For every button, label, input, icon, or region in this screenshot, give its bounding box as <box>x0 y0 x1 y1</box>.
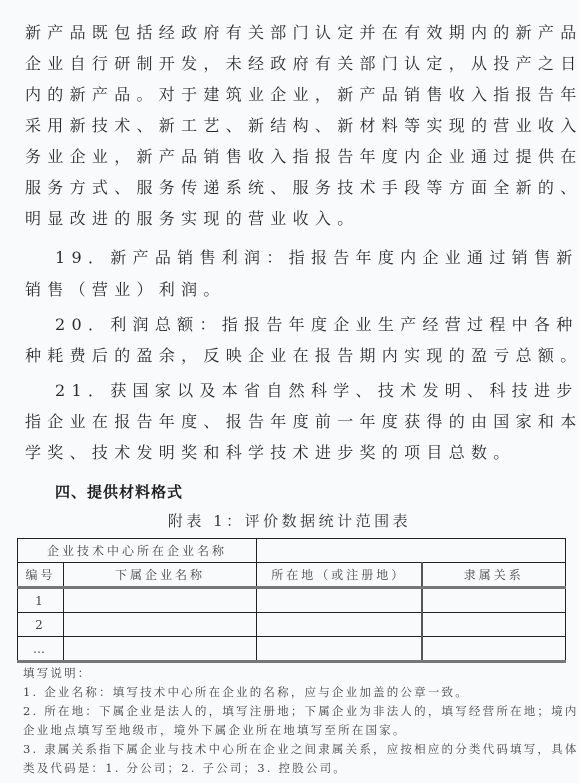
body-text-line: 学奖、技术发明奖和科学技术进步奖的项目总数。 <box>25 443 516 463</box>
body-text-line: 内的新产品。对于建筑业企业，新产品销售收入指报告年度内企业 <box>25 85 579 105</box>
item-20-title-line: 20．利润总额：指报告年度企业生产经营过程中各种收入扣除各 <box>55 315 579 335</box>
body-text-line: 服务方式、服务传递系统、服务技术手段等方面全新的、或者作出 <box>25 178 579 198</box>
cell-affiliation[interactable] <box>422 613 566 637</box>
cell-affiliation[interactable] <box>422 588 566 613</box>
cell-location[interactable] <box>257 588 422 613</box>
section-heading: 四、提供材料格式 <box>55 481 183 502</box>
note-line: 类及代码是：1. 分公司；2. 子公司；3. 控股公司。 <box>23 759 347 778</box>
statistics-scope-table: 企业技术中心所在企业名称 编号 下属企业名称 所在地（或注册地） 隶属关系 1 … <box>17 538 566 663</box>
note-line: 2. 所在地：下属企业是法人的，填写注册地；下属企业为非法人的，填写经营所在地；… <box>23 702 579 721</box>
cell-number: 1 <box>18 588 64 613</box>
table-header-row: 编号 下属企业名称 所在地（或注册地） 隶属关系 <box>18 563 566 588</box>
body-text-line: 新产品既包括经政府有关部门认定并在有效期内的新产品，也包括 <box>25 23 579 43</box>
table-row: … <box>18 637 566 662</box>
column-header-number: 编号 <box>18 563 64 588</box>
cell-affiliation[interactable] <box>422 637 566 662</box>
table-row: 1 <box>18 588 566 613</box>
cell-subsidiary-name[interactable] <box>64 588 257 613</box>
cell-location[interactable] <box>257 613 422 637</box>
body-text-line: 销售（营业）利润。 <box>25 280 226 300</box>
note-line: 企业地点填写至地级市，境外下属企业所在地填写至所在国家。 <box>23 721 407 740</box>
body-text-line: 企业自行研制开发，未经政府有关部门认定，从投产之日起一年之 <box>25 54 579 74</box>
body-text-line: 务业企业，新产品销售收入指报告年度内企业通过提供在服务内容、 <box>25 147 579 167</box>
table-row: 2 <box>18 613 566 637</box>
notes-title: 填写说明： <box>23 664 92 683</box>
item-19-title-line: 19．新产品销售利润：指报告年度内企业通过销售新产品实现的 <box>55 248 579 268</box>
column-header-location: 所在地（或注册地） <box>257 563 422 588</box>
item-21-title-line: 21．获国家以及本省自然科学、技术发明、科技进步奖项目数： <box>55 381 579 401</box>
body-text-line: 采用新技术、新工艺、新结构、新材料等实现的营业收入。对于服 <box>25 116 579 136</box>
note-line: 1. 企业名称：填写技术中心所在企业的名称，应与企业加盖的公章一致。 <box>23 683 469 702</box>
body-text-line: 明显改进的服务实现的营业收入。 <box>25 209 360 229</box>
cell-number: … <box>18 637 64 662</box>
cell-subsidiary-name[interactable] <box>64 613 257 637</box>
enterprise-name-label: 企业技术中心所在企业名称 <box>18 539 257 563</box>
body-text-line: 指企业在报告年度、报告年度前一年度获得的由国家和本省自然科 <box>25 412 579 432</box>
body-text-line: 种耗费后的盈余，反映企业在报告期内实现的盈亏总额。 <box>25 346 579 366</box>
cell-location[interactable] <box>257 637 422 662</box>
cell-number: 2 <box>18 613 64 637</box>
note-line: 3. 隶属关系指下属企业与技术中心所在企业之间隶属关系，应按相应的分类代码填写，… <box>23 740 579 759</box>
column-header-subsidiary-name: 下属企业名称 <box>64 563 257 588</box>
table-row-enterprise-name: 企业技术中心所在企业名称 <box>18 539 566 563</box>
enterprise-name-value[interactable] <box>257 539 566 563</box>
cell-subsidiary-name[interactable] <box>64 637 257 662</box>
table-caption: 附表 1：评价数据统计范围表 <box>0 510 579 531</box>
column-header-affiliation: 隶属关系 <box>422 563 566 588</box>
